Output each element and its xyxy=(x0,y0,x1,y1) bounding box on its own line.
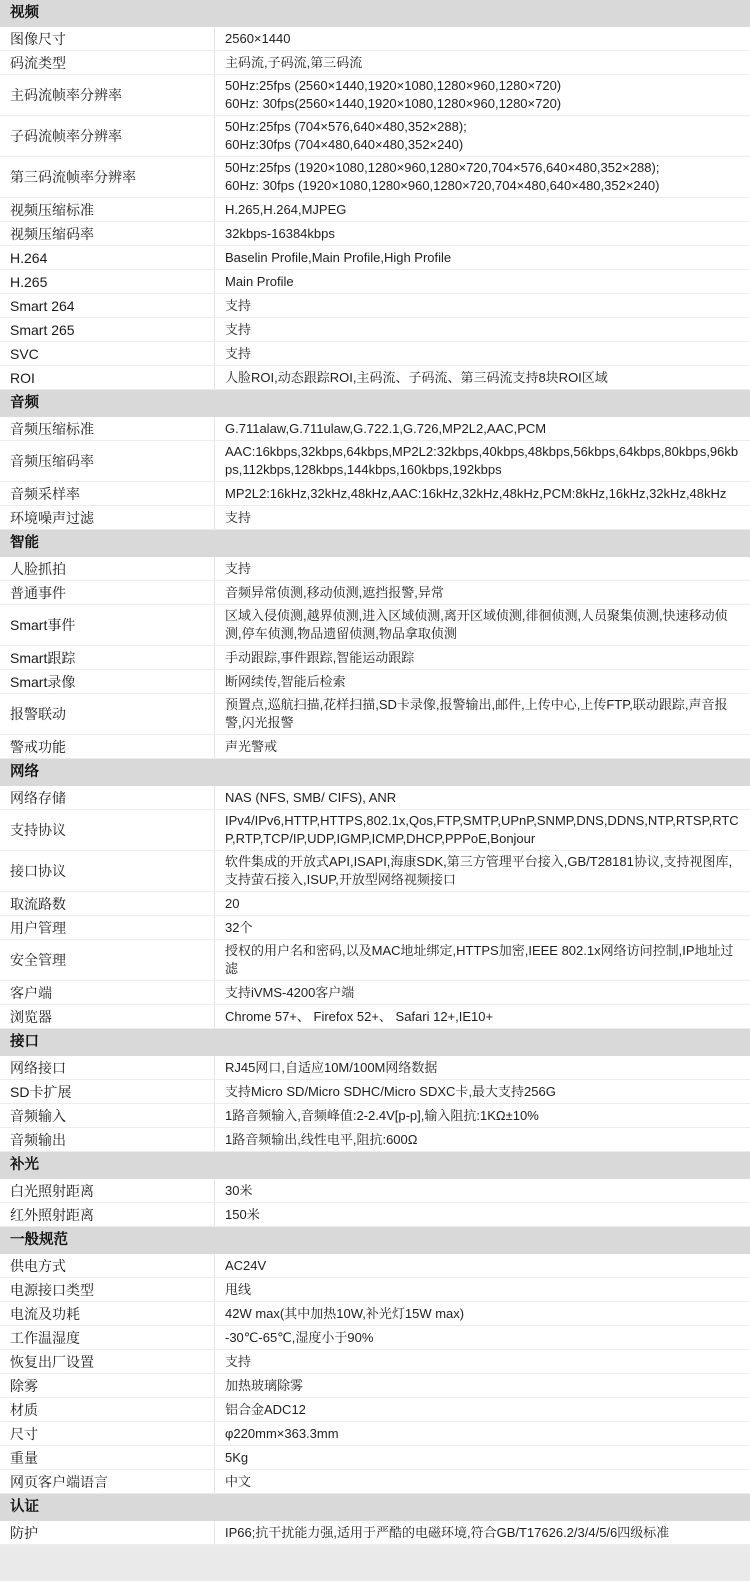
spec-row: 音频采样率MP2L2:16kHz,32kHz,48kHz,AAC:16kHz,3… xyxy=(0,482,750,506)
spec-row: 供电方式AC24V xyxy=(0,1254,750,1278)
spec-label: Smart 265 xyxy=(0,318,215,341)
spec-row: 报警联动预置点,巡航扫描,花样扫描,SD卡录像,报警输出,邮件,上传中心,上传F… xyxy=(0,694,750,735)
spec-label: 电流及功耗 xyxy=(0,1302,215,1325)
spec-value: φ220mm×363.3mm xyxy=(215,1422,750,1445)
spec-label: 重量 xyxy=(0,1446,215,1469)
spec-value: 人脸ROI,动态跟踪ROI,主码流、子码流、第三码流支持8块ROI区域 xyxy=(215,366,750,389)
spec-row: ROI人脸ROI,动态跟踪ROI,主码流、子码流、第三码流支持8块ROI区域 xyxy=(0,366,750,390)
spec-row: 材质铝合金ADC12 xyxy=(0,1398,750,1422)
spec-value: -30℃-65℃,湿度小于90% xyxy=(215,1326,750,1349)
spec-row: 视频压缩标准H.265,H.264,MJPEG xyxy=(0,198,750,222)
spec-value: IPv4/IPv6,HTTP,HTTPS,802.1x,Qos,FTP,SMTP… xyxy=(215,810,750,850)
spec-label: 恢复出厂设置 xyxy=(0,1350,215,1373)
spec-label: 警戒功能 xyxy=(0,735,215,758)
spec-label: 音频压缩标准 xyxy=(0,417,215,440)
spec-label: 第三码流帧率分辨率 xyxy=(0,157,215,197)
spec-label: 子码流帧率分辨率 xyxy=(0,116,215,156)
section-header: 网络 xyxy=(0,759,750,786)
spec-label: 报警联动 xyxy=(0,694,215,734)
spec-value: AAC:16kbps,32kbps,64kbps,MP2L2:32kbps,40… xyxy=(215,441,750,481)
spec-row: 电源接口类型甩线 xyxy=(0,1278,750,1302)
spec-value: 区域入侵侦测,越界侦测,进入区域侦测,离开区域侦测,徘徊侦测,人员聚集侦测,快速… xyxy=(215,605,750,645)
spec-value-line: 60Hz: 30fps(2560×1440,1920×1080,1280×960… xyxy=(225,95,742,113)
spec-label: 网页客户端语言 xyxy=(0,1470,215,1493)
spec-section: 网络网络存储NAS (NFS, SMB/ CIFS), ANR支持协议IPv4/… xyxy=(0,759,750,1029)
section-header: 视频 xyxy=(0,0,750,27)
spec-value: 支持 xyxy=(215,506,750,529)
spec-row: 视频压缩码率32kbps-16384kbps xyxy=(0,222,750,246)
spec-value: 甩线 xyxy=(215,1278,750,1301)
spec-label: 工作温湿度 xyxy=(0,1326,215,1349)
spec-label: 音频压缩码率 xyxy=(0,441,215,481)
spec-label: SD卡扩展 xyxy=(0,1080,215,1103)
spec-label: ROI xyxy=(0,366,215,389)
spec-row: 接口协议软件集成的开放式API,ISAPI,海康SDK,第三方管理平台接入,GB… xyxy=(0,851,750,892)
spec-section: 认证防护IP66;抗干扰能力强,适用于严酷的电磁环境,符合GB/T17626.2… xyxy=(0,1494,750,1545)
spec-row: 安全管理授权的用户名和密码,以及MAC地址绑定,HTTPS加密,IEEE 802… xyxy=(0,940,750,981)
spec-label: 除雾 xyxy=(0,1374,215,1397)
spec-value: 150米 xyxy=(215,1203,750,1226)
spec-value: 手动跟踪,事件跟踪,智能运动跟踪 xyxy=(215,646,750,669)
spec-row: 图像尺寸2560×1440 xyxy=(0,27,750,51)
spec-value: 支持 xyxy=(215,1350,750,1373)
spec-label: 客户端 xyxy=(0,981,215,1004)
spec-value: 32kbps-16384kbps xyxy=(215,222,750,245)
spec-value: 1路音频输入,音频峰值:2-2.4V[p-p],输入阻抗:1KΩ±10% xyxy=(215,1104,750,1127)
spec-value: 加热玻璃除雾 xyxy=(215,1374,750,1397)
spec-row: H.265Main Profile xyxy=(0,270,750,294)
spec-row: Smart录像断网续传,智能后检索 xyxy=(0,670,750,694)
spec-value: 授权的用户名和密码,以及MAC地址绑定,HTTPS加密,IEEE 802.1x网… xyxy=(215,940,750,980)
spec-label: 材质 xyxy=(0,1398,215,1421)
section-header: 一般规范 xyxy=(0,1227,750,1254)
section-header: 认证 xyxy=(0,1494,750,1521)
spec-value-line: 50Hz:25fps (704×576,640×480,352×288); xyxy=(225,118,742,136)
spec-row: 普通事件音频异常侦测,移动侦测,遮挡报警,异常 xyxy=(0,581,750,605)
spec-value: Baselin Profile,Main Profile,High Profil… xyxy=(215,246,750,269)
spec-label: 人脸抓拍 xyxy=(0,557,215,580)
spec-row: 用户管理32个 xyxy=(0,916,750,940)
spec-row: 主码流帧率分辨率50Hz:25fps (2560×1440,1920×1080,… xyxy=(0,75,750,116)
spec-value: 支持 xyxy=(215,557,750,580)
spec-row: 红外照射距离150米 xyxy=(0,1203,750,1227)
spec-section: 音频音频压缩标准G.711alaw,G.711ulaw,G.722.1,G.72… xyxy=(0,390,750,530)
spec-value: 2560×1440 xyxy=(215,27,750,50)
spec-label: Smart事件 xyxy=(0,605,215,645)
spec-label: 码流类型 xyxy=(0,51,215,74)
spec-row: 音频压缩标准G.711alaw,G.711ulaw,G.722.1,G.726,… xyxy=(0,417,750,441)
spec-value: Main Profile xyxy=(215,270,750,293)
spec-row: Smart 265支持 xyxy=(0,318,750,342)
spec-label: 用户管理 xyxy=(0,916,215,939)
spec-row: 防护IP66;抗干扰能力强,适用于严酷的电磁环境,符合GB/T17626.2/3… xyxy=(0,1521,750,1545)
spec-label: 红外照射距离 xyxy=(0,1203,215,1226)
spec-row: 电流及功耗42W max(其中加热10W,补光灯15W max) xyxy=(0,1302,750,1326)
spec-row: 客户端支持iVMS-4200客户端 xyxy=(0,981,750,1005)
spec-value: 42W max(其中加热10W,补光灯15W max) xyxy=(215,1302,750,1325)
spec-value: RJ45网口,自适应10M/100M网络数据 xyxy=(215,1056,750,1079)
spec-value: 支持 xyxy=(215,318,750,341)
spec-value: 支持 xyxy=(215,294,750,317)
spec-row: Smart 264支持 xyxy=(0,294,750,318)
spec-row: 支持协议IPv4/IPv6,HTTP,HTTPS,802.1x,Qos,FTP,… xyxy=(0,810,750,851)
spec-section: 接口网络接口RJ45网口,自适应10M/100M网络数据SD卡扩展支持Micro… xyxy=(0,1029,750,1152)
spec-value: 支持iVMS-4200客户端 xyxy=(215,981,750,1004)
spec-value-line: 60Hz:30fps (704×480,640×480,352×240) xyxy=(225,136,742,154)
spec-label: SVC xyxy=(0,342,215,365)
spec-value: 预置点,巡航扫描,花样扫描,SD卡录像,报警输出,邮件,上传中心,上传FTP,联… xyxy=(215,694,750,734)
spec-row: 工作温湿度-30℃-65℃,湿度小于90% xyxy=(0,1326,750,1350)
spec-section: 智能人脸抓拍支持普通事件音频异常侦测,移动侦测,遮挡报警,异常Smart事件区域… xyxy=(0,530,750,759)
spec-row: SVC支持 xyxy=(0,342,750,366)
spec-value: 30米 xyxy=(215,1179,750,1202)
spec-row: 音频输入1路音频输入,音频峰值:2-2.4V[p-p],输入阻抗:1KΩ±10% xyxy=(0,1104,750,1128)
spec-row: 重量5Kg xyxy=(0,1446,750,1470)
spec-label: H.264 xyxy=(0,246,215,269)
spec-value: 50Hz:25fps (1920×1080,1280×960,1280×720,… xyxy=(215,157,750,197)
spec-row: 尺寸φ220mm×363.3mm xyxy=(0,1422,750,1446)
spec-label: 电源接口类型 xyxy=(0,1278,215,1301)
spec-value-line: 60Hz: 30fps (1920×1080,1280×960,1280×720… xyxy=(225,177,742,195)
spec-label: 图像尺寸 xyxy=(0,27,215,50)
spec-label: Smart跟踪 xyxy=(0,646,215,669)
spec-row: 音频输出1路音频输出,线性电平,阻抗:600Ω xyxy=(0,1128,750,1152)
section-header: 补光 xyxy=(0,1152,750,1179)
spec-row: 取流路数20 xyxy=(0,892,750,916)
spec-value: 软件集成的开放式API,ISAPI,海康SDK,第三方管理平台接入,GB/T28… xyxy=(215,851,750,891)
spec-label: 网络存储 xyxy=(0,786,215,809)
section-header: 接口 xyxy=(0,1029,750,1056)
spec-row: 浏览器Chrome 57+、 Firefox 52+、 Safari 12+,I… xyxy=(0,1005,750,1029)
spec-label: Smart 264 xyxy=(0,294,215,317)
spec-row: Smart跟踪手动跟踪,事件跟踪,智能运动跟踪 xyxy=(0,646,750,670)
spec-label: H.265 xyxy=(0,270,215,293)
spec-value: 32个 xyxy=(215,916,750,939)
spec-value: 中文 xyxy=(215,1470,750,1493)
spec-label: 防护 xyxy=(0,1521,215,1544)
spec-value: 断网续传,智能后检索 xyxy=(215,670,750,693)
spec-value-line: 50Hz:25fps (1920×1080,1280×960,1280×720,… xyxy=(225,159,742,177)
spec-label: 尺寸 xyxy=(0,1422,215,1445)
spec-value-line: 50Hz:25fps (2560×1440,1920×1080,1280×960… xyxy=(225,77,742,95)
spec-value: NAS (NFS, SMB/ CIFS), ANR xyxy=(215,786,750,809)
spec-row: 白光照射距离30米 xyxy=(0,1179,750,1203)
spec-label: 视频压缩标准 xyxy=(0,198,215,221)
spec-label: 普通事件 xyxy=(0,581,215,604)
spec-value: 50Hz:25fps (704×576,640×480,352×288);60H… xyxy=(215,116,750,156)
spec-row: 网页客户端语言中文 xyxy=(0,1470,750,1494)
section-header: 智能 xyxy=(0,530,750,557)
spec-label: 主码流帧率分辨率 xyxy=(0,75,215,115)
spec-value: 支持Micro SD/Micro SDHC/Micro SDXC卡,最大支持25… xyxy=(215,1080,750,1103)
spec-label: 网络接口 xyxy=(0,1056,215,1079)
spec-row: H.264Baselin Profile,Main Profile,High P… xyxy=(0,246,750,270)
spec-label: 安全管理 xyxy=(0,940,215,980)
spec-row: 码流类型主码流,子码流,第三码流 xyxy=(0,51,750,75)
section-header: 音频 xyxy=(0,390,750,417)
spec-label: 环境噪声过滤 xyxy=(0,506,215,529)
spec-value: 主码流,子码流,第三码流 xyxy=(215,51,750,74)
spec-label: Smart录像 xyxy=(0,670,215,693)
spec-label: 音频采样率 xyxy=(0,482,215,505)
spec-value: G.711alaw,G.711ulaw,G.722.1,G.726,MP2L2,… xyxy=(215,417,750,440)
spec-value: 50Hz:25fps (2560×1440,1920×1080,1280×960… xyxy=(215,75,750,115)
spec-row: 第三码流帧率分辨率50Hz:25fps (1920×1080,1280×960,… xyxy=(0,157,750,198)
spec-section: 补光白光照射距离30米红外照射距离150米 xyxy=(0,1152,750,1227)
spec-section: 一般规范供电方式AC24V电源接口类型甩线电流及功耗42W max(其中加热10… xyxy=(0,1227,750,1494)
spec-value: 音频异常侦测,移动侦测,遮挡报警,异常 xyxy=(215,581,750,604)
spec-row: 人脸抓拍支持 xyxy=(0,557,750,581)
spec-value: 声光警戒 xyxy=(215,735,750,758)
spec-value: 20 xyxy=(215,892,750,915)
spec-label: 浏览器 xyxy=(0,1005,215,1028)
spec-value: 5Kg xyxy=(215,1446,750,1469)
spec-label: 音频输出 xyxy=(0,1128,215,1151)
spec-label: 音频输入 xyxy=(0,1104,215,1127)
spec-value: IP66;抗干扰能力强,适用于严酷的电磁环境,符合GB/T17626.2/3/4… xyxy=(215,1521,750,1544)
spec-label: 取流路数 xyxy=(0,892,215,915)
spec-row: 音频压缩码率AAC:16kbps,32kbps,64kbps,MP2L2:32k… xyxy=(0,441,750,482)
spec-row: 环境噪声过滤支持 xyxy=(0,506,750,530)
spec-row: 网络存储NAS (NFS, SMB/ CIFS), ANR xyxy=(0,786,750,810)
spec-table: 视频图像尺寸2560×1440码流类型主码流,子码流,第三码流主码流帧率分辨率5… xyxy=(0,0,750,1545)
spec-value: AC24V xyxy=(215,1254,750,1277)
spec-value: H.265,H.264,MJPEG xyxy=(215,198,750,221)
spec-row: 网络接口RJ45网口,自适应10M/100M网络数据 xyxy=(0,1056,750,1080)
spec-row: 恢复出厂设置支持 xyxy=(0,1350,750,1374)
spec-value: 1路音频输出,线性电平,阻抗:600Ω xyxy=(215,1128,750,1151)
spec-label: 供电方式 xyxy=(0,1254,215,1277)
spec-value: Chrome 57+、 Firefox 52+、 Safari 12+,IE10… xyxy=(215,1005,750,1028)
spec-label: 白光照射距离 xyxy=(0,1179,215,1202)
spec-row: Smart事件区域入侵侦测,越界侦测,进入区域侦测,离开区域侦测,徘徊侦测,人员… xyxy=(0,605,750,646)
spec-value: 支持 xyxy=(215,342,750,365)
spec-row: 子码流帧率分辨率50Hz:25fps (704×576,640×480,352×… xyxy=(0,116,750,157)
spec-value: MP2L2:16kHz,32kHz,48kHz,AAC:16kHz,32kHz,… xyxy=(215,482,750,505)
spec-section: 视频图像尺寸2560×1440码流类型主码流,子码流,第三码流主码流帧率分辨率5… xyxy=(0,0,750,390)
spec-row: 除雾加热玻璃除雾 xyxy=(0,1374,750,1398)
spec-value: 铝合金ADC12 xyxy=(215,1398,750,1421)
spec-label: 接口协议 xyxy=(0,851,215,891)
spec-label: 支持协议 xyxy=(0,810,215,850)
spec-row: SD卡扩展支持Micro SD/Micro SDHC/Micro SDXC卡,最… xyxy=(0,1080,750,1104)
spec-row: 警戒功能声光警戒 xyxy=(0,735,750,759)
spec-label: 视频压缩码率 xyxy=(0,222,215,245)
